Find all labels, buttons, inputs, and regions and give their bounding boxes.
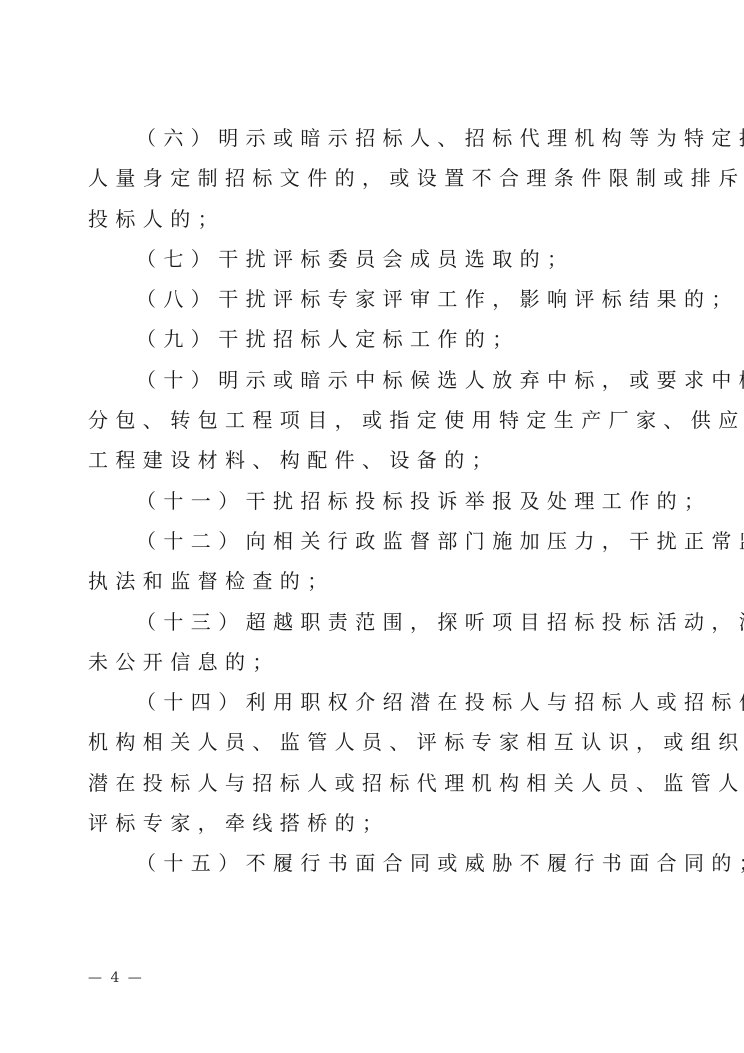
text-line: （十二）向相关行政监督部门施加压力，干扰正常监督 [88,521,648,561]
text-line: 评标专家，牵线搭桥的； [88,803,648,843]
text-line: （七）干扰评标委员会成员选取的； [88,239,648,279]
text-line: 执法和监督检查的； [88,561,648,601]
text-line: 潜在投标人与招标人或招标代理机构相关人员、监管人员、 [88,763,648,803]
text-line: 投标人的； [88,199,648,239]
text-line: 工程建设材料、构配件、设备的； [88,440,648,480]
text-line: 人量身定制招标文件的，或设置不合理条件限制或排斥潜在 [88,158,648,198]
text-line: （十四）利用职权介绍潜在投标人与招标人或招标代理 [88,682,648,722]
page-number: — 4 — [88,970,144,986]
text-line: 分包、转包工程项目，或指定使用特定生产厂家、供应商的 [88,400,648,440]
text-line: （十一）干扰招标投标投诉举报及处理工作的； [88,481,648,521]
document-body: （六）明示或暗示招标人、招标代理机构等为特定投标 人量身定制招标文件的，或设置不… [88,118,648,884]
text-line: （十三）超越职责范围，探听项目招标投标活动，泄漏 [88,602,648,642]
text-line: （六）明示或暗示招标人、招标代理机构等为特定投标 [88,118,648,158]
text-line: （八）干扰评标专家评审工作，影响评标结果的； [88,279,648,319]
text-line: （十）明示或暗示中标候选人放弃中标，或要求中标人 [88,360,648,400]
text-line: （九）干扰招标人定标工作的； [88,319,648,359]
text-line: 未公开信息的； [88,642,648,682]
text-line: 机构相关人员、监管人员、评标专家相互认识，或组织宴请 [88,722,648,762]
text-line: （十五）不履行书面合同或威胁不履行书面合同的； [88,843,648,883]
